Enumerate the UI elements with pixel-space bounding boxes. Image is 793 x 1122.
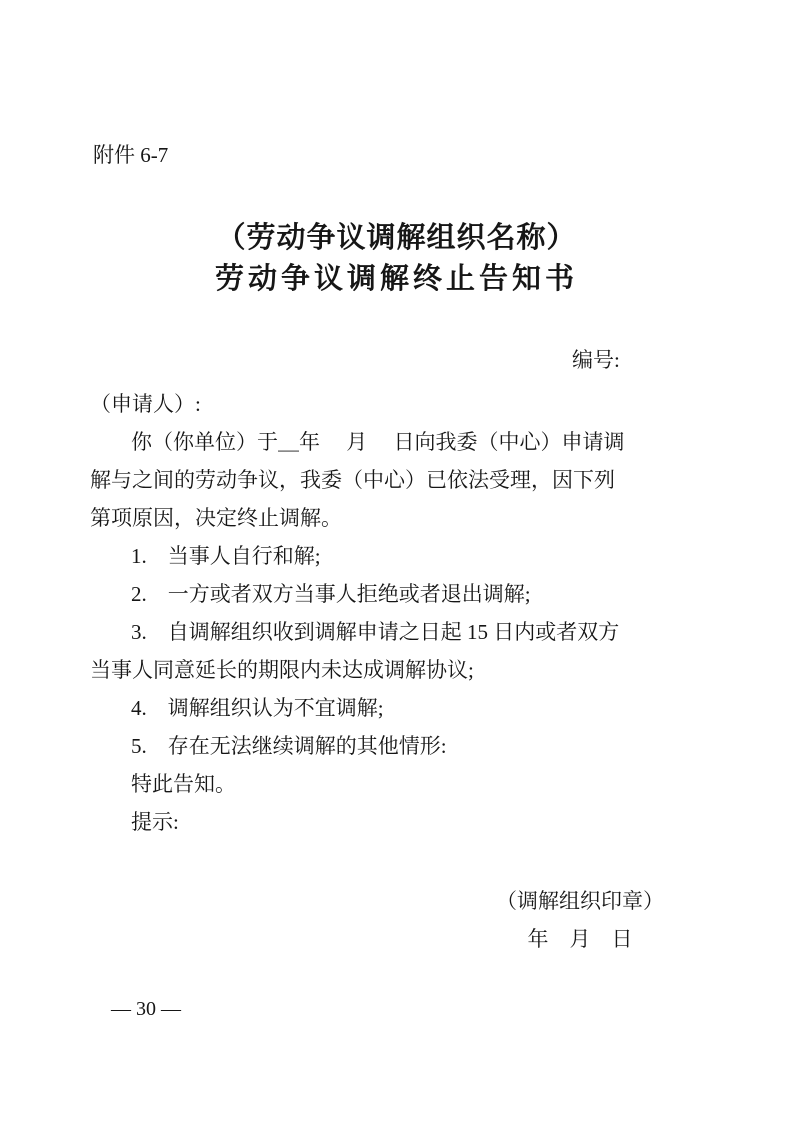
- document-page: 附件 6-7 （劳动争议调解组织名称） 劳动争议调解终止告知书 编号: （申请人…: [0, 0, 793, 1122]
- body-line-reason-1: 1. 当事人自行和解;: [90, 537, 712, 575]
- body-line-tips: 提示:: [90, 803, 712, 841]
- page-number: — 30 —: [111, 995, 181, 1023]
- signature-block: （调解组织印章） 年 月 日: [480, 882, 680, 958]
- body-line-reason-3a: 3. 自调解组织收到调解申请之日起 15 日内或者双方: [90, 613, 712, 651]
- body-line-reason-4: 4. 调解组织认为不宜调解;: [90, 689, 712, 727]
- body-line-reason-2: 2. 一方或者双方当事人拒绝或者退出调解;: [90, 575, 712, 613]
- body-line-reason-3b: 当事人同意延长的期限内未达成调解协议;: [90, 651, 712, 689]
- body-line-intro-1: 你（你单位）于＿年 月 日向我委（中心）申请调: [90, 423, 712, 461]
- body-line-addressee: （申请人）:: [90, 385, 712, 423]
- document-title-line2: 劳动争议调解终止告知书: [0, 259, 793, 300]
- attachment-label: 附件 6-7: [93, 141, 168, 169]
- document-body: （申请人）: 你（你单位）于＿年 月 日向我委（中心）申请调 解与之间的劳动争议…: [90, 385, 712, 841]
- body-line-notice: 特此告知。: [90, 765, 712, 803]
- serial-number-label: 编号:: [572, 345, 620, 375]
- document-title-line1: （劳动争议调解组织名称）: [0, 218, 793, 259]
- body-line-reason-5: 5. 存在无法继续调解的其他情形:: [90, 727, 712, 765]
- body-line-intro-2: 解与之间的劳动争议，我委（中心）已依法受理，因下列: [90, 461, 712, 499]
- stamp-placeholder: （调解组织印章）: [480, 882, 680, 920]
- date-placeholder: 年 月 日: [480, 920, 680, 958]
- document-title: （劳动争议调解组织名称） 劳动争议调解终止告知书: [0, 218, 793, 300]
- body-line-intro-3: 第项原因，决定终止调解。: [90, 499, 712, 537]
